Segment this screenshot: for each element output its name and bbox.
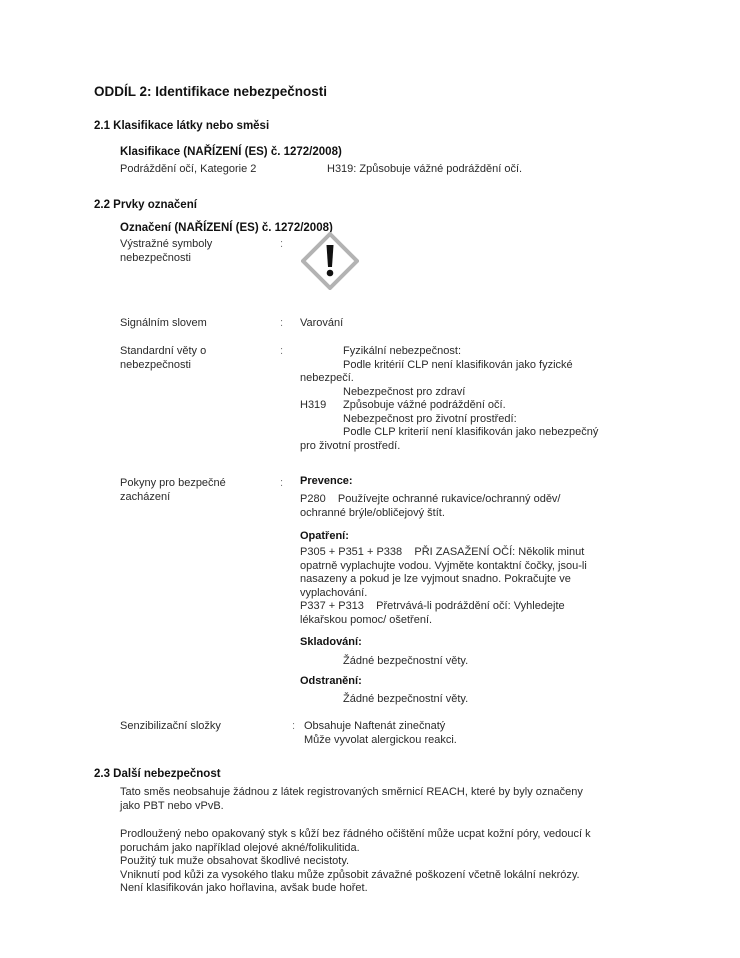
paragraph-line: Použitý tuk muže obsahovat škodlivé neci…: [120, 855, 591, 869]
env-hazard-text: Podle CLP kriterií není klasifikován jak…: [300, 426, 598, 440]
disposal-heading: Odstranění:: [300, 675, 362, 687]
colon-separator: :: [280, 345, 283, 357]
precautionary-label-line: zacházení: [120, 491, 226, 505]
signal-word-label: Signálním slovem: [120, 317, 207, 331]
env-hazard-text: pro životní prostředí.: [300, 440, 598, 454]
sensitizers-line: Může vyvolat alergickou reakci.: [304, 734, 457, 748]
storage-heading: Skladování:: [300, 636, 362, 648]
response-line: lékařskou pomoc/ ošetření.: [300, 614, 587, 628]
pictogram-label: Výstražné symboly nebezpečnosti: [120, 238, 212, 265]
prevention-line: P280 Používejte ochranné rukavice/ochran…: [300, 493, 561, 507]
hazard-label-line: Standardní věty o: [120, 345, 206, 359]
other-hazards-para-2: Prodloužený nebo opakovaný styk s kůží b…: [120, 828, 591, 896]
prevention-line: ochranné brýle/obličejový štít.: [300, 507, 561, 521]
hazard-statements-block: Fyzikální nebezpečnost: Podle kritérií C…: [300, 345, 598, 453]
signal-word-value: Varování: [300, 317, 343, 331]
physical-hazard-text: Podle kritérií CLP není klasifikován jak…: [300, 359, 598, 373]
sensitizers-label: Senzibilizační složky: [120, 720, 221, 734]
prevention-heading: Prevence:: [300, 475, 353, 487]
paragraph-line: poruchám jako například olejové akné/fol…: [120, 842, 591, 856]
response-line: vyplachování.: [300, 587, 587, 601]
colon-separator: :: [280, 477, 283, 489]
health-hazard-statement: H319Způsobuje vážné podráždění očí.: [300, 399, 598, 413]
pictogram-label-line: nebezpečnosti: [120, 252, 212, 266]
hazard-text: Způsobuje vážné podráždění očí.: [343, 399, 506, 411]
response-heading: Opatření:: [300, 530, 349, 542]
disposal-text: Žádné bezpečnostní věty.: [343, 693, 468, 707]
physical-hazard-text: nebezpečí.: [300, 372, 598, 386]
response-line: opatrně vyplachujte vodou. Vyjměte konta…: [300, 560, 587, 574]
sensitizers-line: Obsahuje Naftenát zinečnatý: [304, 720, 457, 734]
response-line: P337 + P313 Přetrvává-li podráždění očí:…: [300, 600, 587, 614]
paragraph-line: Vniknutí pod kůži za vysokého tlaku může…: [120, 869, 591, 883]
response-line: nasazeny a pokud je lze vyjmout snadno. …: [300, 573, 587, 587]
heading-2-1: 2.1 Klasifikace látky nebo směsi: [94, 120, 269, 132]
colon-separator: :: [292, 720, 295, 732]
heading-2-3: 2.3 Další nebezpečnost: [94, 768, 221, 780]
paragraph-line: Prodloužený nebo opakovaný styk s kůží b…: [120, 828, 591, 842]
paragraph-line: Není klasifikován jako hořlavina, avšak …: [120, 882, 591, 896]
response-text: P305 + P351 + P338 PŘI ZASAŽENÍ OČÍ: Něk…: [300, 546, 587, 627]
precautionary-label: Pokyny pro bezpečné zacházení: [120, 477, 226, 504]
other-hazards-para-1: Tato směs neobsahuje žádnou z látek regi…: [120, 786, 583, 813]
paragraph-line: Tato směs neobsahuje žádnou z látek regi…: [120, 786, 583, 800]
hazard-label-line: nebezpečnosti: [120, 359, 206, 373]
paragraph-line: jako PBT nebo vPvB.: [120, 800, 583, 814]
pictogram-label-line: Výstražné symboly: [120, 238, 212, 252]
heading-2-2: 2.2 Prvky označení: [94, 199, 197, 211]
physical-hazard-heading: Fyzikální nebezpečnost:: [300, 345, 598, 359]
classification-subheading: Klasifikace (NAŘÍZENÍ (ES) č. 1272/2008): [120, 146, 342, 158]
sensitizers-text: Obsahuje Naftenát zinečnatý Může vyvolat…: [304, 720, 457, 747]
colon-separator: :: [280, 238, 283, 250]
prevention-text: P280 Používejte ochranné rukavice/ochran…: [300, 493, 561, 520]
env-hazard-heading: Nebezpečnost pro životní prostředí:: [300, 413, 598, 427]
colon-separator: :: [280, 317, 283, 329]
exclamation-mark-diamond-icon: [301, 232, 359, 290]
hazard-statements-label: Standardní věty o nebezpečnosti: [120, 345, 206, 372]
storage-text: Žádné bezpečnostní věty.: [343, 655, 468, 669]
health-hazard-heading: Nebezpečnost pro zdraví: [300, 386, 598, 400]
precautionary-label-line: Pokyny pro bezpečné: [120, 477, 226, 491]
section-title: ODDÍL 2: Identifikace nebezpečnosti: [94, 84, 327, 99]
hazard-code: H319: [300, 399, 343, 413]
classification-statement: H319: Způsobuje vážné podráždění očí.: [327, 163, 522, 177]
response-line: P305 + P351 + P338 PŘI ZASAŽENÍ OČÍ: Něk…: [300, 546, 587, 560]
classification-category: Podráždění očí, Kategorie 2: [120, 163, 256, 177]
